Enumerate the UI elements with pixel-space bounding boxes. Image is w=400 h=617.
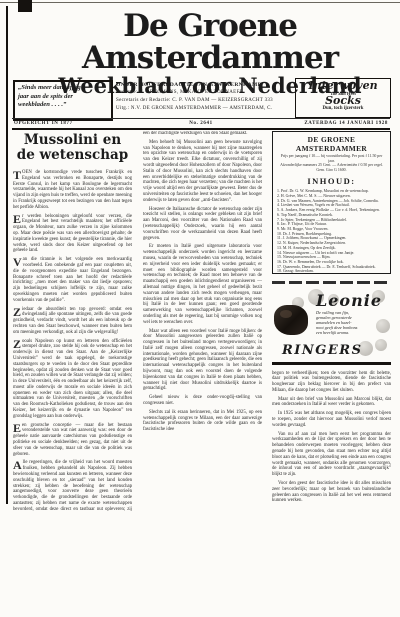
scan-left-edge — [6, 6, 8, 504]
subscription-line: Prijs per jaargang f 10.— bij vooruitbet… — [277, 154, 386, 163]
article-paragraph: Er moeten in Italië goed uitgeruste labo… — [143, 244, 262, 325]
contents-box: DE GROENE AMSTERDAMMER Prijs per jaargan… — [272, 131, 391, 274]
editorial-line: Secretaris der Redactie: C. P. VAN DAM —… — [116, 97, 288, 105]
article-paragraph: begon te verheerlijken; toen de voorzitt… — [272, 371, 391, 394]
article-column-2: een der machtigste werktuigen van den St… — [143, 131, 262, 511]
interwoven-product: Socks — [296, 96, 390, 106]
column-1-body: TOEN de kortstondige vrede tusschen Fran… — [13, 170, 132, 511]
article-paragraph: Maar uit den brief van Mussolini aan Mar… — [272, 397, 391, 409]
interwoven-brand: Interwoven — [296, 81, 390, 91]
article-paragraph: een der machtigste werktuigen van den St… — [143, 131, 262, 137]
column-2-body: een der machtigste werktuigen van den St… — [143, 131, 262, 433]
scan-top-edge — [0, 2, 400, 3]
article-paragraph: Van die tirannie is het volgende een mer… — [13, 257, 132, 303]
article-paragraph: Geheel nieuw is deze onder-voogdij-stell… — [143, 395, 262, 407]
decor-circle — [375, 339, 387, 351]
slogan-line: weekbladen . . . .” — [18, 101, 108, 110]
article-column-1: Mussolini en de wetenschap TOEN de korts… — [13, 131, 132, 511]
slogan-box: „Sinds meer dan vijftigjaar aan de spits… — [13, 80, 113, 121]
slogan-line: „Sinds meer dan vijftig — [18, 84, 108, 93]
leonie-product-name: Leonie — [316, 291, 382, 310]
editorial-line: ONDER HOOFDREDACTIE VAN G. W. KERNKAMP — [116, 81, 288, 89]
column-3-body: begon te verheerlijken; toen de voorzitt… — [272, 371, 391, 505]
leonie-ringers-ad: Leonie De vulling van fijn,gemalen geroo… — [272, 289, 391, 359]
leonie-copy-line: een heerlijk aroma. — [316, 330, 382, 335]
contents-item: 18. Gezag: Amsterdam. — [277, 269, 386, 274]
interwoven-socks-ad: Interwoven Toe and Heel Socks Dun, toch … — [295, 78, 391, 118]
article-paragraph: Men behoeft bij Mussolini aan geen bewus… — [143, 140, 262, 204]
editorial-line: Redactie: H. BRUGMANS, M. KANN EN TOP NA… — [116, 89, 288, 97]
article-headline: Mussolini en de wetenschap — [13, 133, 132, 163]
article-paragraph: Er werden belooningen uitgeloofd voor ve… — [13, 214, 132, 255]
article-column-3: DE GROENE AMSTERDAMMER Prijs per jaargan… — [272, 131, 391, 511]
issue-number: No. 2641 — [12, 121, 390, 126]
article-paragraph: Hoezeer de Italiaansche dictator de wete… — [143, 207, 262, 242]
subscription-line: Afzonderlijke nummers 25 Cent. — Adverte… — [277, 163, 386, 172]
editorial-line: Uitg.: N.V. DE GROENE AMSTERDAMMER — AMS… — [116, 105, 288, 113]
article-paragraph: In 1925 was het althans nog mogelijk, ee… — [272, 411, 391, 428]
contents-list: 1. Prof. Dr. G. W. Kernkamp, Mussolini e… — [277, 189, 386, 274]
article-paragraph: Slechts zal ik eraan herinneren, dat in … — [143, 410, 262, 433]
dashed-divider — [272, 281, 391, 284]
dateline: OPGERICHT IN 1877 No. 2641 ZATERDAG 14 J… — [12, 118, 390, 130]
article-paragraph: Voor den geest der fascistische idee is … — [272, 481, 391, 504]
chocolate-bonbon-image — [274, 305, 308, 335]
subscription-info: Prijs per jaargang f 10.— bij vooruitbet… — [277, 154, 386, 172]
article-paragraph: TOEN de kortstondige vrede tusschen Fran… — [13, 170, 132, 211]
slogan-line: jaar aan de spits der — [18, 93, 108, 102]
ringers-brand: RINGERS — [282, 343, 362, 358]
leonie-ad-copy: De vulling van fijn,gemalen geroosterdea… — [316, 310, 382, 335]
article-paragraph: Zooals Napoleon op kunst en letteren den… — [13, 339, 132, 420]
interwoven-slogan: Dun, toch ijzersterk — [296, 106, 390, 112]
paper-title: De Groene Amsterdammer — [30, 10, 390, 74]
editorial-block: ONDER HOOFDREDACTIE VAN G. W. KERNKAMPRe… — [116, 81, 288, 113]
article-paragraph: Ziedaar de absurditeit ten top gevoerd: … — [13, 307, 132, 336]
contents-box-title: DE GROENE AMSTERDAMMER — [277, 135, 386, 153]
contents-heading: INHOUD: — [277, 176, 386, 186]
article-paragraph: Een grootsche conceptie — maar die het b… — [13, 423, 132, 458]
article-paragraph: Alle regeeringen, die de vrijheid van he… — [13, 460, 132, 511]
article-paragraph: Van nu af aan zal men hem eerst het prog… — [272, 432, 391, 478]
article-paragraph: Maar wat alleen een voordeel voor Italië… — [143, 329, 262, 393]
thick-divider — [272, 362, 391, 365]
newspaper-page: De Groene Amsterdammer Weekblad voor Ned… — [0, 0, 400, 617]
